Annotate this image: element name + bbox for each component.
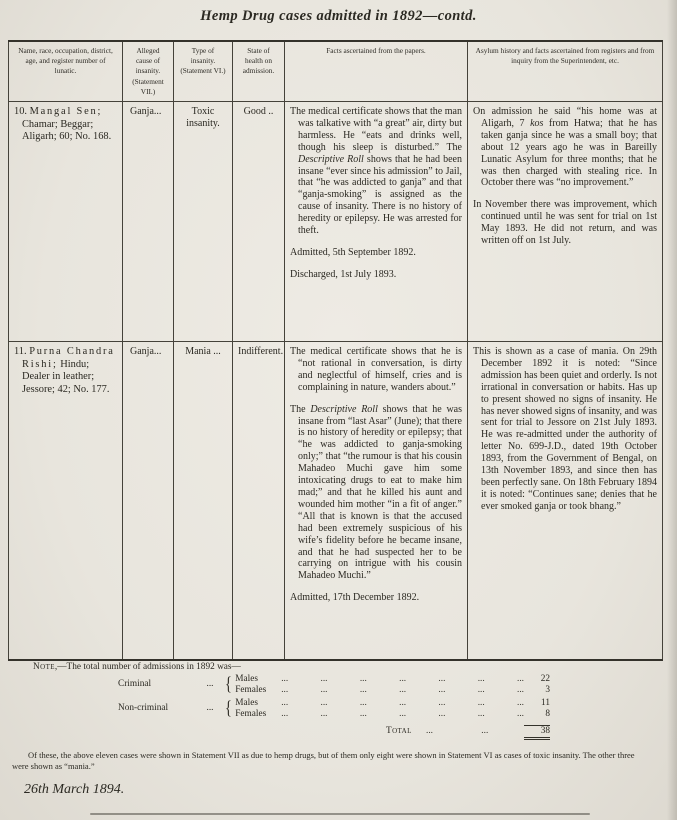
case-10-type: Toxic insanity.	[179, 106, 227, 130]
stat-row-non-criminal-females: Females ... ... ... ... ... ... ... 8	[235, 709, 550, 720]
case-10-asylum-paragraph-2: In November there was improvement, which…	[473, 199, 657, 247]
total-row: Total ... ... 38	[118, 725, 550, 740]
table-row-case-10: 10. Mangal Sen; Chamar; Beggar; Aligarh;…	[9, 102, 663, 342]
case-11-type: Mania ...	[179, 346, 227, 358]
case-10-health: Good ..	[238, 106, 279, 118]
stat-category-criminal: Criminal	[118, 674, 207, 696]
case-10-facts-paragraph: The medical certificate shows that the m…	[290, 106, 462, 237]
case-11-health: Indifferent.	[238, 346, 279, 358]
total-label: Total	[386, 726, 426, 736]
case-11-admitted: Admitted, 17th December 1892.	[290, 592, 462, 604]
stat-value: 8	[524, 709, 550, 719]
footnote: Of these, the above eleven cases were sh…	[12, 750, 652, 771]
case-10-name-cell: 10. Mangal Sen; Chamar; Beggar; Aligarh;…	[9, 102, 123, 342]
case-11-facts-cell: The medical certificate shows that he is…	[285, 342, 468, 660]
column-header-facts: Facts ascertained from the papers.	[285, 41, 468, 102]
note-label: Note	[33, 662, 55, 672]
header-row: Name, race, occupation, district, age, a…	[9, 41, 663, 102]
case-10-admitted: Admitted, 5th September 1892.	[290, 247, 462, 259]
scanned-document-page: Hemp Drug cases admitted in 1892—contd. …	[0, 0, 677, 820]
case-11-name-cell: 11. Purna Chandra Rishi; Hindu; Dealer i…	[9, 342, 123, 660]
case-11-asylum-paragraph: This is shown as a case of mania. On 29t…	[473, 346, 657, 513]
stat-label: Females	[235, 709, 281, 719]
stat-row-non-criminal-males: Males ... ... ... ... ... ... ... 11	[235, 698, 550, 709]
leader-dots: ... ... ... ... ... ... ...	[281, 698, 524, 708]
stat-block-non-criminal: Non-criminal ... { Males ... ... ... ...…	[118, 698, 550, 720]
stat-label: Males	[235, 698, 281, 708]
case-10-facts-cell: The medical certificate shows that the m…	[285, 102, 468, 342]
stat-row-criminal-females: Females ... ... ... ... ... ... ... 3	[235, 685, 550, 696]
case-10-cause-cell: Ganja...	[123, 102, 174, 342]
note-section: Note,—The total number of admissions in …	[8, 662, 662, 771]
leader-dots: ...	[207, 674, 225, 696]
leader-dots: ... ... ... ... ... ... ...	[281, 674, 524, 684]
case-11-health-cell: Indifferent.	[233, 342, 285, 660]
stat-value: 11	[524, 698, 550, 708]
case-10-type-cell: Toxic insanity.	[174, 102, 233, 342]
leader-dots: ... ... ... ... ... ... ...	[281, 709, 524, 719]
stat-row-criminal-males: Males ... ... ... ... ... ... ... 22	[235, 674, 550, 685]
column-header-type: Type of insanity. (Statement VI.)	[174, 41, 233, 102]
case-11-cause-cell: Ganja...	[123, 342, 174, 660]
leader-dots: ... ... ... ... ... ... ...	[281, 685, 524, 695]
case-10-cause: Ganja...	[128, 106, 168, 118]
column-header-cause: Alleged cause of insanity. (Statement VI…	[123, 41, 174, 102]
note-intro-text: ,—The total number of admissions in 1892…	[55, 662, 241, 672]
column-header-name: Name, race, occupation, district, age, a…	[9, 41, 123, 102]
case-11-asylum-cell: This is shown as a case of mania. On 29t…	[468, 342, 663, 660]
leader-dots: ...	[207, 698, 225, 720]
stat-label: Females	[235, 685, 281, 695]
brace-glyph: {	[225, 698, 231, 720]
leader-dots: ... ...	[426, 726, 524, 736]
brace-glyph: {	[225, 674, 231, 696]
total-value: 38	[524, 725, 550, 740]
case-11-facts-paragraph-2: The Descriptive Roll shows that he was i…	[290, 404, 462, 583]
column-header-health: State of health on admission.	[233, 41, 285, 102]
case-11-type-cell: Mania ...	[174, 342, 233, 660]
case-10-name: 10. Mangal Sen; Chamar; Beggar; Aligarh;…	[14, 106, 117, 144]
stat-block-criminal: Criminal ... { Males ... ... ... ... ...…	[118, 674, 550, 696]
table-row-case-11: 11. Purna Chandra Rishi; Hindu; Dealer i…	[9, 342, 663, 660]
stat-value: 3	[524, 685, 550, 695]
table-header: Name, race, occupation, district, age, a…	[9, 41, 663, 102]
document-date: 26th March 1894.	[24, 782, 124, 798]
case-10-asylum-paragraph-1: On admission he said “his home was at Al…	[473, 106, 657, 189]
column-header-asylum: Asylum history and facts ascertained fro…	[468, 41, 663, 102]
stat-value: 22	[524, 674, 550, 684]
case-11-facts-paragraph-1: The medical certificate shows that he is…	[290, 346, 462, 394]
cases-table: Name, race, occupation, district, age, a…	[8, 40, 663, 661]
stat-category-non-criminal: Non-criminal	[118, 698, 207, 720]
scan-artifact-line	[90, 813, 590, 815]
admissions-stats: Criminal ... { Males ... ... ... ... ...…	[118, 674, 550, 720]
case-11-name: 11. Purna Chandra Rishi; Hindu; Dealer i…	[14, 346, 117, 396]
stat-label: Males	[235, 674, 281, 684]
case-10-discharged: Discharged, 1st July 1893.	[290, 269, 462, 281]
page-title: Hemp Drug cases admitted in 1892—contd.	[0, 0, 677, 25]
note-intro: Note,—The total number of admissions in …	[33, 662, 662, 672]
case-10-health-cell: Good ..	[233, 102, 285, 342]
case-11-cause: Ganja...	[128, 346, 168, 358]
case-10-asylum-cell: On admission he said “his home was at Al…	[468, 102, 663, 342]
